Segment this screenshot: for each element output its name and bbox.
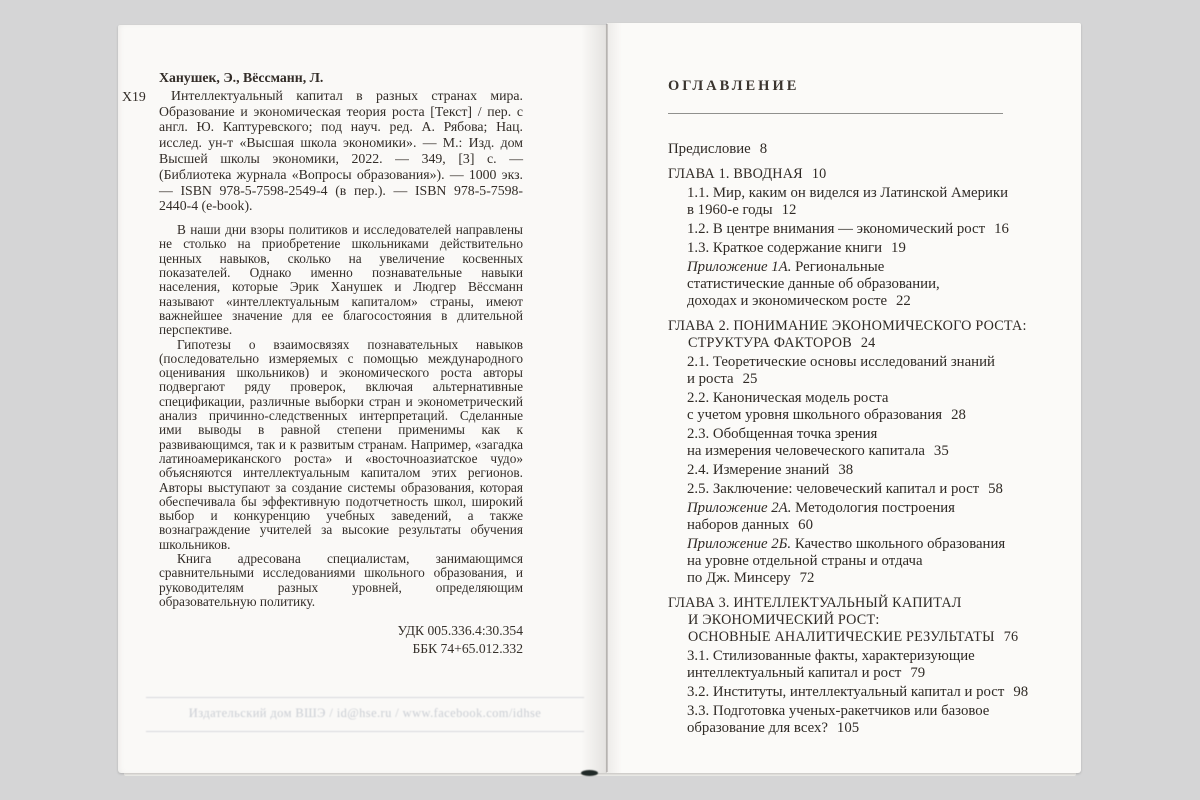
toc-entry: 1.3. Краткое содержание книги19	[668, 240, 1024, 257]
bbk-code: ББК 74+65.012.332	[159, 640, 523, 658]
toc-page-number: 25	[743, 371, 758, 387]
toc-line: с учетом уровня школьного образования28	[687, 407, 1024, 424]
toc-appendix-label: Приложение 2А.	[687, 500, 795, 516]
left-page: Ханушек, Э., Вёссманн, Л. Х19 Интеллекту…	[118, 25, 607, 773]
toc-line: 1.1. Мир, каким он виделся из Латинской …	[687, 185, 1024, 202]
toc-line: на уровне отдельной страны и отдача	[687, 553, 1024, 570]
classification-codes: УДК 005.336.4:30.354 ББК 74+65.012.332	[159, 622, 523, 657]
book-scan: Ханушек, Э., Вёссманн, Л. Х19 Интеллекту…	[0, 0, 1200, 800]
toc-page-number: 28	[951, 407, 966, 423]
toc-line: 2.4. Измерение знаний38	[687, 462, 1024, 479]
toc-appendix-label: Приложение 2Б.	[687, 536, 795, 552]
toc-line: доходах и экономическом росте22	[687, 293, 1024, 310]
toc-line: интеллектуальный капитал и рост79	[687, 665, 1024, 682]
toc-line: по Дж. Минсеру72	[687, 570, 1024, 587]
toc-entry: 1.1. Мир, каким он виделся из Латинской …	[668, 185, 1024, 219]
toc-page-number: 98	[1013, 684, 1028, 700]
toc-page-number: 19	[891, 240, 906, 256]
right-page: ОГЛАВЛЕНИЕ Предисловие8ГЛАВА 1. ВВОДНАЯ1…	[607, 23, 1081, 773]
right-page-content: ОГЛАВЛЕНИЕ Предисловие8ГЛАВА 1. ВВОДНАЯ1…	[668, 78, 1024, 737]
toc-line: Приложение 2А. Методология построения	[687, 500, 1024, 517]
toc-entry: Приложение 1А. Региональныестатистически…	[668, 259, 1024, 310]
toc-line: 3.3. Подготовка ученых-ракетчиков или ба…	[687, 703, 1024, 720]
toc-line: ГЛАВА 2. ПОНИМАНИЕ ЭКОНОМИЧЕСКОГО РОСТА:	[668, 318, 1024, 335]
annotation-block: В наши дни взоры политиков и исследовате…	[159, 223, 523, 609]
left-page-content: Ханушек, Э., Вёссманн, Л. Х19 Интеллекту…	[159, 70, 523, 657]
toc-line: 2.2. Каноническая модель роста	[687, 390, 1024, 407]
catalog-card-block: Х19 Интеллектуальный капитал в разных ст…	[159, 88, 523, 214]
toc-entry: Предисловие8	[668, 141, 1024, 158]
toc-line: на измерения человеческого капитала35	[687, 443, 1024, 460]
toc-entry: 2.1. Теоретические основы исследований з…	[668, 354, 1024, 388]
toc-appendix-label: Приложение 1А.	[687, 259, 795, 275]
heading-rule	[668, 113, 1003, 114]
toc-page-number: 79	[910, 665, 925, 681]
toc-page-number: 24	[861, 335, 876, 351]
toc-entry: 3.3. Подготовка ученых-ракетчиков или ба…	[668, 703, 1024, 737]
toc-page-number: 76	[1004, 629, 1019, 645]
toc-line: образование для всех?105	[687, 720, 1024, 737]
toc-page-number: 12	[782, 202, 797, 218]
toc-line: наборов данных60	[687, 517, 1024, 534]
toc-chapter-entry: ГЛАВА 3. ИНТЕЛЛЕКТУАЛЬНЫЙ КАПИТАЛИ ЭКОНО…	[668, 595, 1024, 646]
toc-line: ГЛАВА 3. ИНТЕЛЛЕКТУАЛЬНЫЙ КАПИТАЛ	[668, 595, 1024, 612]
toc-page-number: 38	[838, 462, 853, 478]
scan-ink-smudge	[581, 770, 598, 776]
toc-entry: 2.4. Измерение знаний38	[668, 462, 1024, 479]
annotation-paragraph: Гипотезы о взаимосвязях познавательных н…	[159, 338, 523, 552]
toc-line: в 1960-е годы12	[687, 202, 1024, 219]
toc-page-number: 60	[798, 517, 813, 533]
toc-entry: 3.2. Институты, интеллектуальный капитал…	[668, 684, 1024, 701]
toc-entry: 2.5. Заключение: человеческий капитал и …	[668, 481, 1024, 498]
toc-chapter-entry: ГЛАВА 1. ВВОДНАЯ10	[668, 166, 1024, 183]
author-line: Ханушек, Э., Вёссманн, Л.	[159, 70, 523, 86]
toc-line: СТРУКТУРА ФАКТОРОВ24	[668, 335, 1024, 352]
toc-page-number: 10	[812, 166, 827, 182]
annotation-paragraph: В наши дни взоры политиков и исследовате…	[159, 223, 523, 337]
toc-entry: Приложение 2А. Методология построениянаб…	[668, 500, 1024, 534]
toc-entry: Приложение 2Б. Качество школьного образо…	[668, 536, 1024, 587]
udk-code: УДК 005.336.4:30.354	[159, 622, 523, 640]
annotation-paragraph: Книга адресована специалистам, занимающи…	[159, 552, 523, 609]
toc-heading: ОГЛАВЛЕНИЕ	[668, 78, 1024, 95]
toc-page-number: 35	[934, 443, 949, 459]
toc-line: Приложение 2Б. Качество школьного образо…	[687, 536, 1024, 553]
toc-line: Предисловие8	[668, 141, 1024, 158]
toc-list: Предисловие8ГЛАВА 1. ВВОДНАЯ101.1. Мир, …	[668, 141, 1024, 737]
toc-line: И ЭКОНОМИЧЕСКИЙ РОСТ:	[668, 612, 1024, 629]
toc-line: 3.2. Институты, интеллектуальный капитал…	[687, 684, 1024, 701]
toc-line: ОСНОВНЫЕ АНАЛИТИЧЕСКИЕ РЕЗУЛЬТАТЫ76	[668, 629, 1024, 646]
catalog-card-text: Интеллектуальный капитал в разных страна…	[159, 88, 523, 214]
toc-line: 2.1. Теоретические основы исследований з…	[687, 354, 1024, 371]
toc-line: 1.2. В центре внимания — экономический р…	[687, 221, 1024, 238]
toc-line: ГЛАВА 1. ВВОДНАЯ10	[668, 166, 1024, 183]
toc-entry: 2.3. Обобщенная точка зренияна измерения…	[668, 426, 1024, 460]
toc-entry: 2.2. Каноническая модель ростас учетом у…	[668, 390, 1024, 424]
toc-page-number: 16	[994, 221, 1009, 237]
toc-page-number: 58	[988, 481, 1003, 497]
toc-line: 2.5. Заключение: человеческий капитал и …	[687, 481, 1024, 498]
toc-line: 1.3. Краткое содержание книги19	[687, 240, 1024, 257]
book-spine	[606, 24, 608, 772]
toc-page-number: 72	[800, 570, 815, 586]
toc-entry: 3.1. Стилизованные факты, характеризующи…	[668, 648, 1024, 682]
toc-line: Приложение 1А. Региональные	[687, 259, 1024, 276]
toc-chapter-entry: ГЛАВА 2. ПОНИМАНИЕ ЭКОНОМИЧЕСКОГО РОСТА:…	[668, 318, 1024, 352]
toc-page-number: 105	[837, 720, 859, 736]
toc-line: статистические данные об образовании,	[687, 276, 1024, 293]
catalog-margin-code: Х19	[122, 89, 146, 105]
toc-line: и роста25	[687, 371, 1024, 388]
toc-page-number: 22	[896, 293, 911, 309]
toc-entry: 1.2. В центре внимания — экономический р…	[668, 221, 1024, 238]
toc-page-number: 8	[760, 141, 767, 157]
bleedthrough-text: Издательский дом ВШЭ / id@hse.ru / www.f…	[146, 697, 584, 732]
toc-line: 2.3. Обобщенная точка зрения	[687, 426, 1024, 443]
toc-line: 3.1. Стилизованные факты, характеризующи…	[687, 648, 1024, 665]
